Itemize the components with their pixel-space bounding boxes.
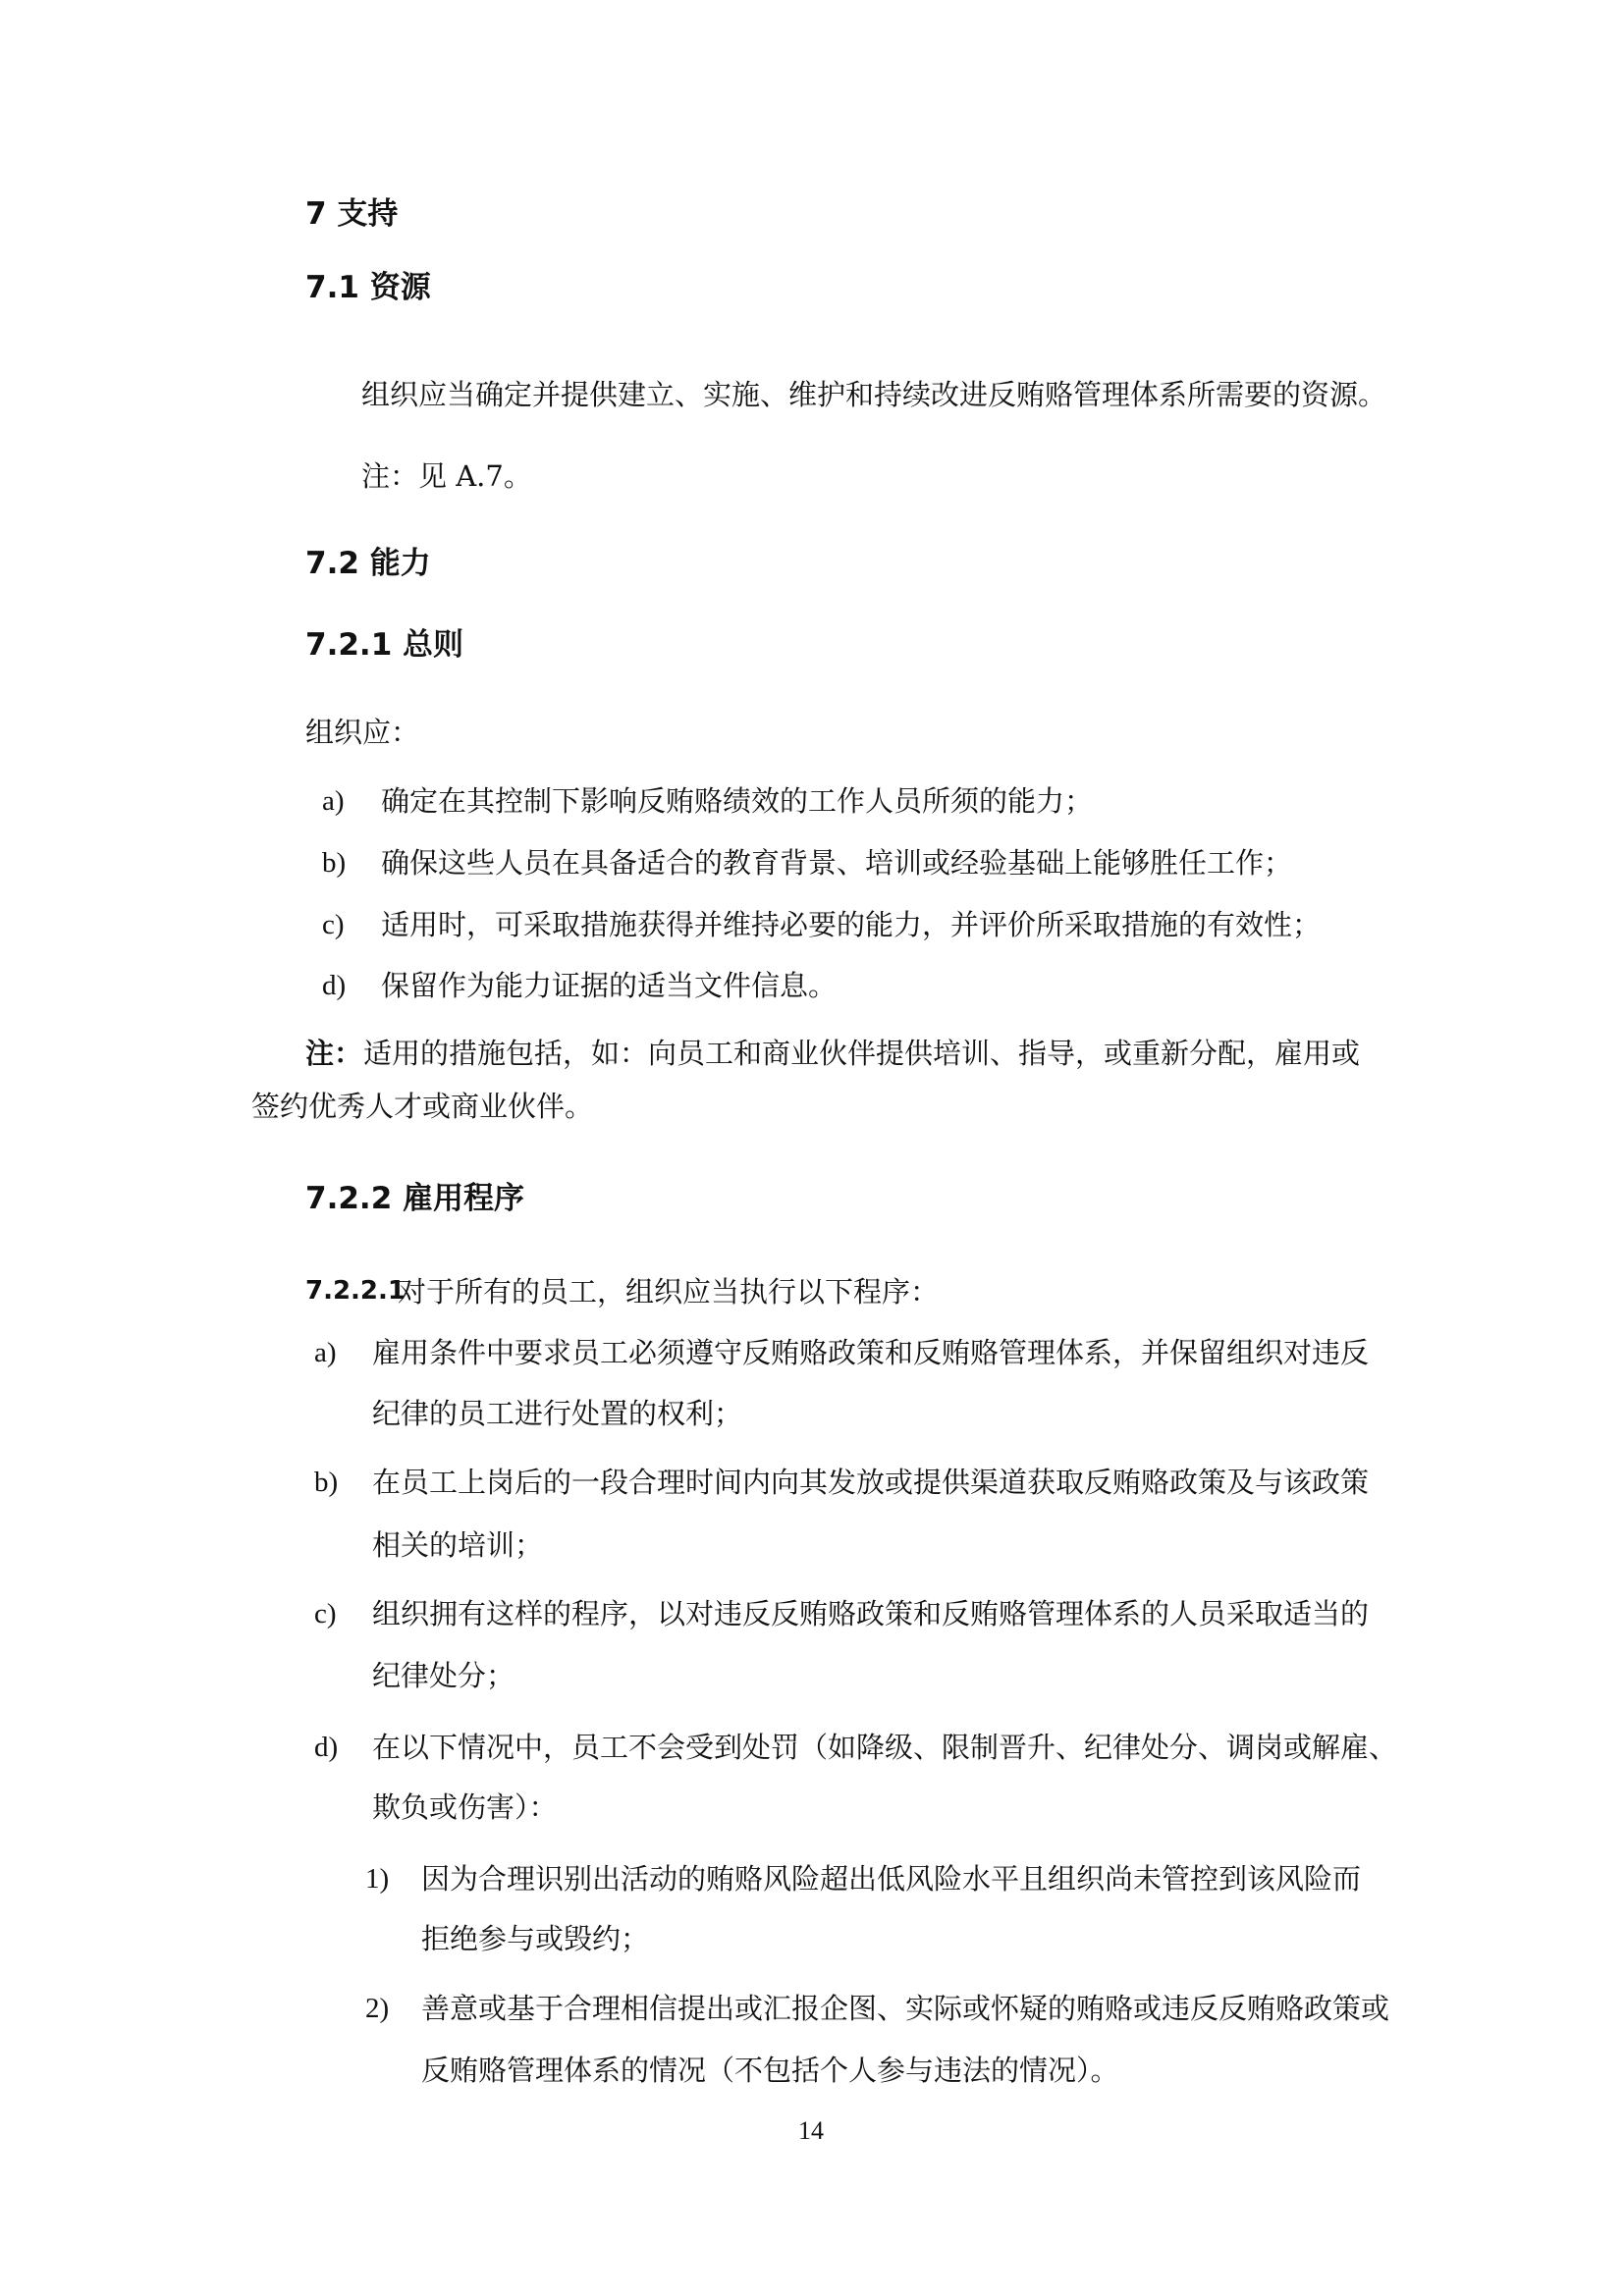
list-label: c) xyxy=(314,1600,337,1629)
paragraph-resources: 组织应当确定并提供建立、实施、维护和持续改进反贿赂管理体系所需要的资源。 xyxy=(361,381,1386,409)
sublist-label: 1) xyxy=(365,1865,389,1894)
list-item: 在员工上岗后的一段合理时间内向其发放或提供渠道获取反贿赂政策及与该政策 xyxy=(372,1468,1369,1497)
list-item-cont: 纪律处分； xyxy=(372,1662,514,1690)
list-item-cont: 欺负或伤害）： xyxy=(372,1793,558,1822)
sublist-label: 2) xyxy=(365,1995,389,2023)
list-label: b) xyxy=(314,1468,338,1497)
list-label: c) xyxy=(322,911,345,939)
section-heading-7: 7 支持 xyxy=(305,199,398,230)
section-heading-7-2-1: 7.2.1 总则 xyxy=(305,630,463,661)
note-text-line2: 签约优秀人才或商业伙伴。 xyxy=(251,1093,593,1121)
list-item: 确保这些人员在具备适合的教育背景、培训或经验基础上能够胜任工作； xyxy=(381,849,1292,878)
list-item: 雇用条件中要求员工必须遵守反贿赂政策和反贿赂管理体系，并保留组织对违反 xyxy=(372,1339,1369,1367)
page-number: 14 xyxy=(798,2118,824,2144)
list-item: 组织拥有这样的程序，以对违反反贿赂政策和反贿赂管理体系的人员采取适当的 xyxy=(372,1600,1369,1629)
section-heading-7-1: 7.1 资源 xyxy=(305,273,431,303)
note-7-1: 注：见 A.7。 xyxy=(361,462,532,491)
list-label: a) xyxy=(314,1339,337,1367)
list-label: a) xyxy=(322,787,345,816)
list-label: b) xyxy=(322,849,346,878)
list-item-cont: 纪律的员工进行处置的权利； xyxy=(372,1400,742,1428)
list-item-cont: 相关的培训； xyxy=(372,1531,543,1560)
section-heading-7-2-2: 7.2.2 雇用程序 xyxy=(305,1184,524,1214)
intro-text: 组织应： xyxy=(305,719,419,747)
clause-number: 7.2.2.1 xyxy=(305,1278,406,1304)
sublist-item-cont: 反贿赂管理体系的情况（不包括个人参与违法的情况）。 xyxy=(421,2056,1119,2085)
clause-text: 对于所有的员工，组织应当执行以下程序： xyxy=(398,1278,939,1307)
list-item: 在以下情况中，员工不会受到处罚（如降级、限制晋升、纪律处分、调岗或解雇、 xyxy=(372,1734,1397,1762)
list-item: 适用时，可采取措施获得并维持必要的能力，并评价所采取措施的有效性； xyxy=(381,911,1321,939)
section-heading-7-2: 7.2 能力 xyxy=(305,549,431,579)
sublist-item: 因为合理识别出活动的贿赂风险超出低风险水平且组织尚未管控到该风险而 xyxy=(421,1865,1361,1894)
sublist-item-cont: 拒绝参与或毁约； xyxy=(421,1925,649,1953)
note-label: 注： xyxy=(305,1040,362,1068)
list-item: 保留作为能力证据的适当文件信息。 xyxy=(381,972,837,1000)
sublist-item: 善意或基于合理相信提出或汇报企图、实际或怀疑的贿赂或违反反贿赂政策或 xyxy=(421,1995,1389,2023)
list-label: d) xyxy=(314,1734,338,1762)
list-item: 确定在其控制下影响反贿赂绩效的工作人员所须的能力； xyxy=(381,787,1093,816)
note-text-line1: 适用的措施包括，如：向员工和商业伙伴提供培训、指导，或重新分配，雇用或 xyxy=(363,1040,1360,1068)
list-label: d) xyxy=(322,972,346,1000)
